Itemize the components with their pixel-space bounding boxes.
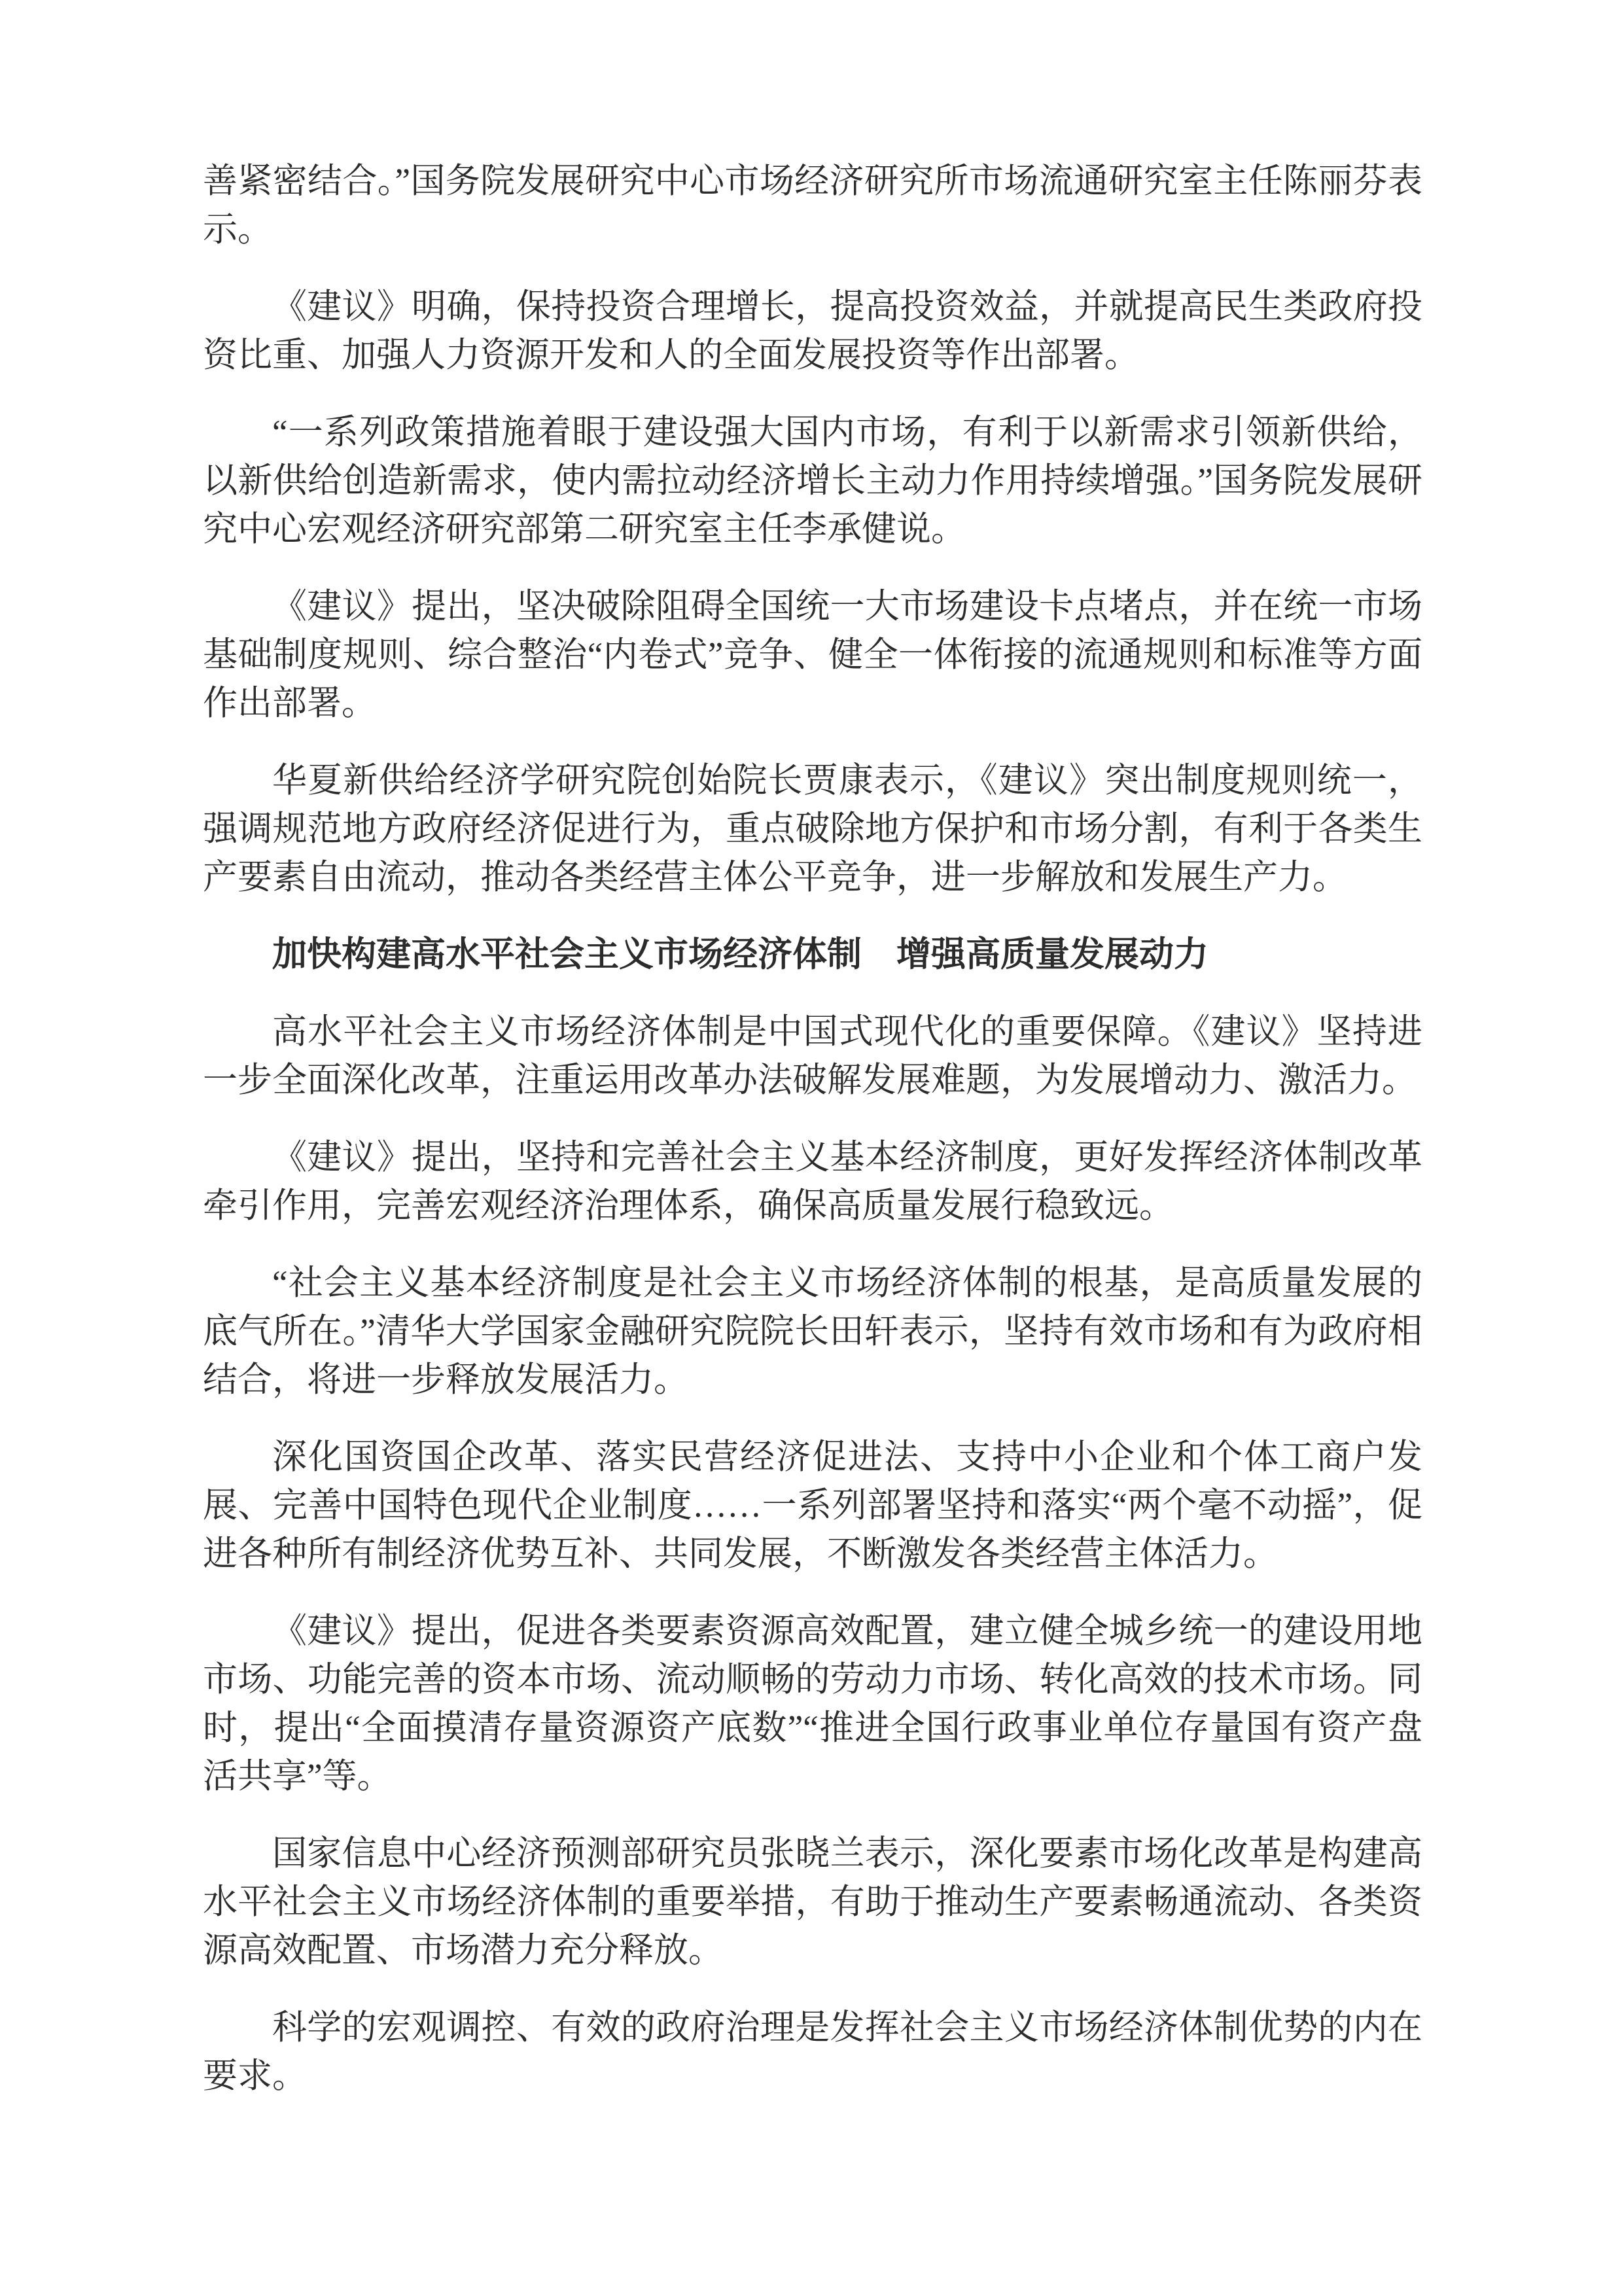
paragraph: 高水平社会主义市场经济体制是中国式现代化的重要保障。《建议》坚持进一步全面深化改… xyxy=(203,1008,1422,1104)
paragraph-continuation: 善紧密结合。”国务院发展研究中心市场经济研究所市场流通研究室主任陈丽芬表示。 xyxy=(203,157,1422,254)
paragraph: 科学的宏观调控、有效的政府治理是发挥社会主义市场经济体制优势的内在要求。 xyxy=(203,2004,1422,2100)
paragraph: 国家信息中心经济预测部研究员张晓兰表示，深化要素市场化改革是构建高水平社会主义市… xyxy=(203,1829,1422,1975)
document-page: 善紧密结合。”国务院发展研究中心市场经济研究所市场流通研究室主任陈丽芬表示。 《… xyxy=(0,0,1622,2296)
article-body: 善紧密结合。”国务院发展研究中心市场经济研究所市场流通研究室主任陈丽芬表示。 《… xyxy=(203,157,1422,2100)
paragraph: 《建议》提出，促进各类要素资源高效配置，建立健全城乡统一的建设用地市场、功能完善… xyxy=(203,1607,1422,1801)
paragraph: “社会主义基本经济制度是社会主义市场经济体制的根基，是高质量发展的底气所在。”清… xyxy=(203,1259,1422,1404)
paragraph: “一系列政策措施着眼于建设强大国内市场，有利于以新需求引领新供给，以新供给创造新… xyxy=(203,408,1422,554)
paragraph: 《建议》明确，保持投资合理增长，提高投资效益，并就提高民生类政府投资比重、加强人… xyxy=(203,283,1422,380)
paragraph: 《建议》提出，坚决破除阻碍全国统一大市场建设卡点堵点，并在统一市场基础制度规则、… xyxy=(203,582,1422,728)
paragraph: 《建议》提出，坚持和完善社会主义基本经济制度，更好发挥经济体制改革牵引作用，完善… xyxy=(203,1133,1422,1230)
paragraph: 深化国资国企改革、落实民营经济促进法、支持中小企业和个体工商户发展、完善中国特色… xyxy=(203,1433,1422,1578)
section-heading: 加快构建高水平社会主义市场经济体制 增强高质量发展动力 xyxy=(203,930,1422,979)
paragraph: 华夏新供给经济学研究院创始院长贾康表示，《建议》突出制度规则统一，强调规范地方政… xyxy=(203,756,1422,902)
